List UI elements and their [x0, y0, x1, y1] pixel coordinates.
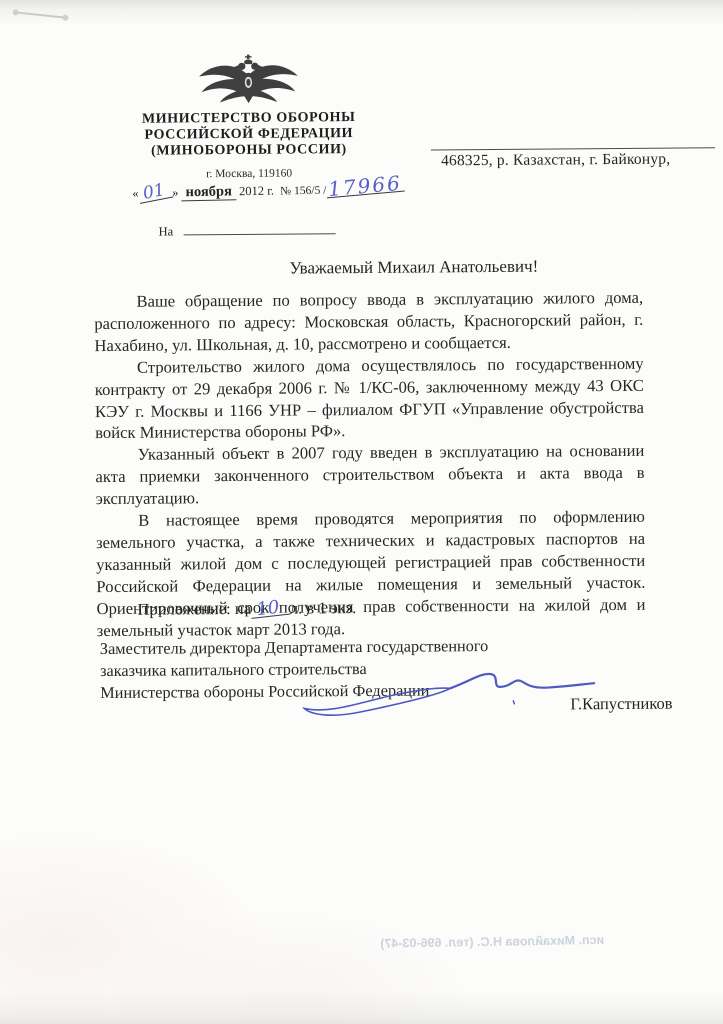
reply-to-line: На	[159, 221, 336, 239]
quote-close: »	[172, 185, 179, 199]
page-content: МИНИСТЕРСТВО ОБОРОНЫ РОССИЙСКОЙ ФЕДЕРАЦИ…	[0, 0, 723, 1024]
reference-line: «01» ноября 2012 г. № 156/5 /17966	[132, 178, 404, 202]
paragraph-2: Строительство жилого дома осуществлялось…	[95, 353, 645, 445]
signer-name: Г.Капустников	[570, 694, 672, 715]
mod-double-eagle-emblem-icon	[189, 52, 307, 105]
attachment-line: Приложение: на10л. в 1 экз.	[137, 598, 356, 620]
handwritten-sheet-count: 10	[250, 600, 290, 620]
paragraph-1: Ваше обращение по вопросу ввода в эксплу…	[94, 287, 643, 357]
handwritten-day: 01	[137, 183, 173, 204]
attachment-tail: л. в 1 экз.	[290, 598, 356, 618]
month-label: ноября	[181, 183, 236, 201]
scanned-letter-page: МИНИСТЕРСТВО ОБОРОНЫ РОССИЙСКОЙ ФЕДЕРАЦИ…	[0, 0, 723, 1024]
paragraph-3: Указанный объект в 2007 году введен в эк…	[95, 440, 644, 510]
outgoing-number-label: № 156/5 /	[280, 185, 326, 198]
signer-title-line1: Заместитель директора Департамента госуд…	[100, 635, 489, 660]
org-name-line2: РОССИЙСКОЙ ФЕДЕРАЦИИ	[106, 126, 392, 144]
recipient-block: 468325, р. Казахстан, г. Байконур,	[431, 147, 715, 170]
letterhead: МИНИСТЕРСТВО ОБОРОНЫ РОССИЙСКОЙ ФЕДЕРАЦИ…	[105, 52, 392, 182]
recipient-address: 468325, р. Казахстан, г. Байконур,	[431, 148, 715, 170]
paragraph-4: В настоящее время проводятся мероприятия…	[96, 506, 646, 642]
handwritten-signature	[300, 666, 600, 724]
org-name-line3: (МИНОБОРОНЫ РОССИИ)	[106, 142, 392, 160]
letter-body: Ваше обращение по вопросу ввода в эксплу…	[94, 287, 646, 642]
salutation: Уважаемый Михаил Анатольевич!	[189, 256, 639, 280]
attachment-label: Приложение: на	[137, 599, 251, 619]
handwritten-outgoing-number: 17966	[326, 176, 405, 199]
bleed-through-executor-note: исп. Михайлова Н.С. (тел. 696-03-47)	[334, 933, 604, 951]
reply-to-label: На	[159, 224, 174, 238]
reply-to-blank-rule	[183, 221, 335, 235]
year-label: 2012 г.	[239, 184, 274, 199]
